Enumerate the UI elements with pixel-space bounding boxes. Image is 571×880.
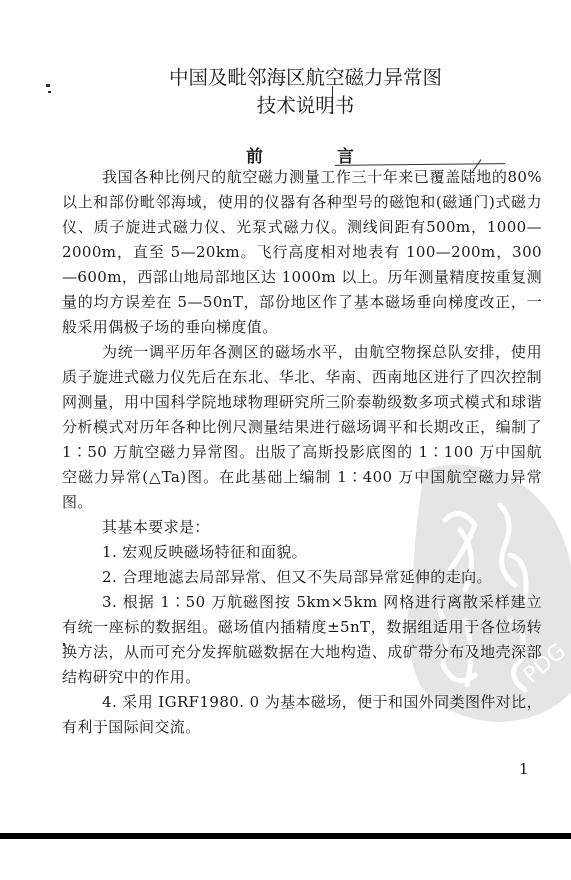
scan-mark bbox=[332, 86, 333, 114]
document-page: PDG 中国及毗邻海区航空磁力异常图 技术说明书 前言 我国各种比例尺的航空磁力… bbox=[0, 0, 571, 880]
requirement-item-2: 2. 合理地滤去局部异常、但又不失局部异常延伸的走向。 bbox=[62, 565, 542, 590]
paragraph-intro: 我国各种比例尺的航空磁力测量工作三十年来已覆盖陆地的80%以上和部份毗邻海域，使… bbox=[62, 165, 542, 340]
body-text: 我国各种比例尺的航空磁力测量工作三十年来已覆盖陆地的80%以上和部份毗邻海域，使… bbox=[62, 165, 542, 740]
page-number: 1 bbox=[519, 760, 529, 778]
requirement-item-3: 3. 根据 1∶50 万航磁图按 5km×5km 网格进行离散采样建立有统一座标… bbox=[62, 590, 542, 690]
paragraph-requirements-intro: 其基本要求是： bbox=[62, 515, 542, 540]
document-title: 中国及毗邻海区航空磁力异常图 bbox=[20, 62, 571, 90]
document-subtitle: 技术说明书 bbox=[20, 90, 571, 118]
bottom-scan-rule bbox=[0, 833, 571, 839]
paragraph-method: 为统一调平历年各测区的磁场水平，由航空物探总队安排，使用质子旋进式磁力仪先后在东… bbox=[62, 340, 542, 515]
requirement-item-4: 4. 采用 IGRF1980. 0 为基本磁场，便于和国外同类图件对比，有利于国… bbox=[62, 690, 542, 740]
requirement-item-1: 1. 宏观反映磁场特征和面貌。 bbox=[62, 540, 542, 565]
